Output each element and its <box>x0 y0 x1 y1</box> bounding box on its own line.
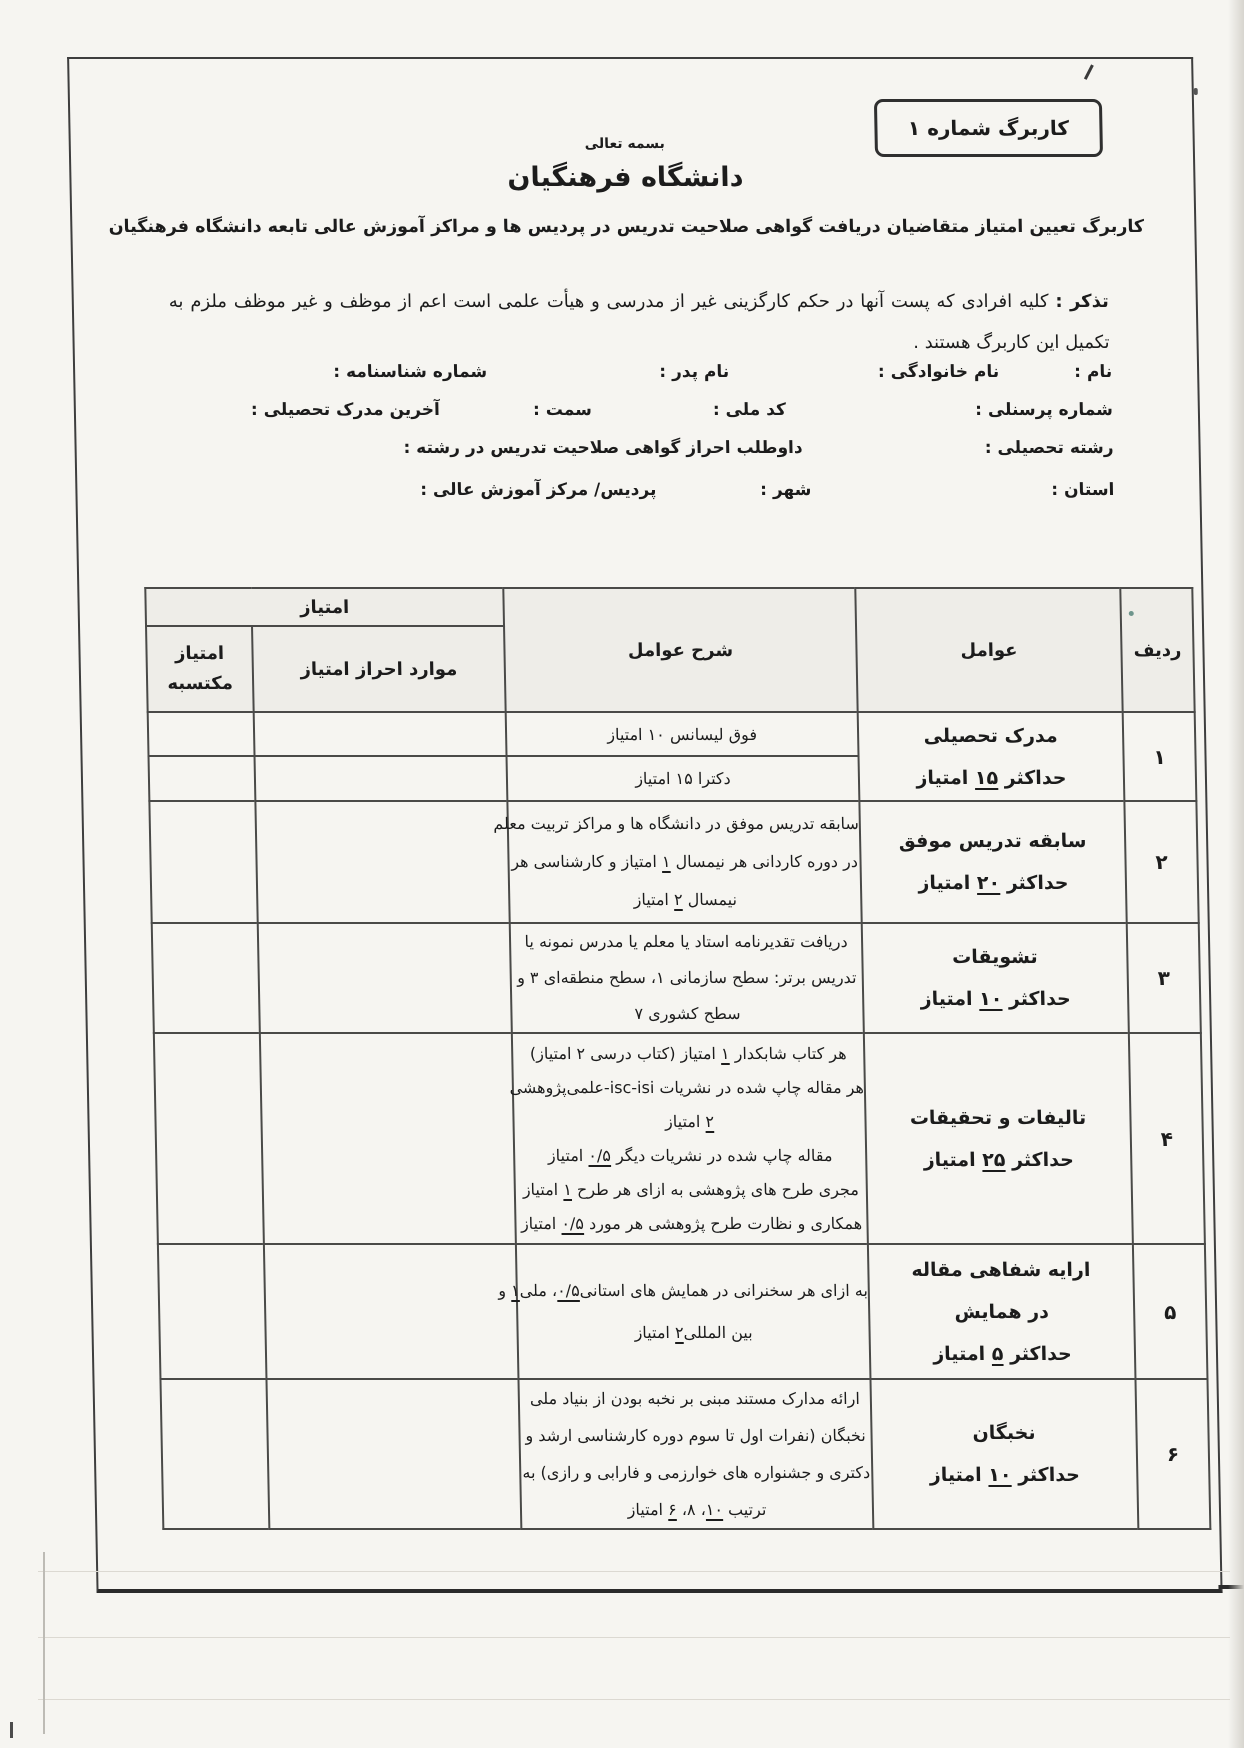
factor-cell: نخبگانحداکثر ۱۰ امتیاز <box>870 1379 1138 1529</box>
field-label: آخرین مدرک تحصیلی : <box>251 400 440 420</box>
row-number-cell: ۴ <box>1129 1033 1205 1244</box>
table-row: ۵ارایه شفاهی مقالهدر همایشحداکثر ۵ امتیا… <box>158 1244 1208 1379</box>
factor-description-cell: ارائه مدارک مستند مبنی بر نخبه بودن از ب… <box>518 1379 873 1529</box>
score-table: ردیف عوامل شرح عوامل امتیاز موارد احراز … <box>144 587 1211 1530</box>
earned-score-cell <box>160 1379 269 1529</box>
table-row: ۱مدرک تحصیلیحداکثر ۱۵ امتیازفوق لیسانس ۱… <box>148 712 1196 756</box>
earned-score-cell <box>158 1244 267 1379</box>
table-row: ۲سابقه تدریس موفقحداکثر ۲۰ امتیازسابقه ت… <box>149 801 1198 923</box>
field-label: رشته تحصیلی : <box>985 438 1114 458</box>
field-label: داوطلب احراز گواهی صلاحیت تدریس در رشته … <box>403 438 803 458</box>
earned-score-cell <box>149 756 256 801</box>
score-table-header: ردیف عوامل شرح عوامل امتیاز موارد احراز … <box>145 588 1194 712</box>
field-label: نام پدر : <box>659 362 729 382</box>
evidence-cell <box>266 1379 521 1529</box>
col-header-score-group: امتیاز <box>145 588 504 626</box>
earned-score-line1: امتیاز <box>147 639 252 669</box>
col-header-earned-score: امتیاز مکتسبه <box>146 626 254 712</box>
scan-sheet: کاربرگ شماره ۱ بسمه تعالی دانشگاه فرهنگی… <box>0 0 1244 1748</box>
field-label: پردیس/ مرکز آموزش عالی : <box>420 480 657 500</box>
scan-speck-icon <box>1194 88 1198 95</box>
university-title: دانشگاه فرهنگیان <box>3 162 1244 193</box>
evidence-cell <box>255 801 509 923</box>
scanned-form-page: کاربرگ شماره ۱ بسمه تعالی دانشگاه فرهنگی… <box>0 0 1244 1748</box>
factor-description-cell: فوق لیسانس ۱۰ امتیاز <box>506 712 859 756</box>
form-subtitle: کاربرگ تعیین امتیاز متقاضیان دریافت گواه… <box>4 217 1244 237</box>
note-label: تذکر : <box>1055 291 1109 312</box>
row-number-cell: ۳ <box>1127 923 1201 1033</box>
row-number-cell: ۱ <box>1123 712 1197 801</box>
evidence-cell <box>254 712 507 756</box>
note-paragraph: تذکر : کلیه افرادی که پست آنها در حکم کا… <box>168 281 1110 363</box>
earned-score-line2: مکتسبه <box>148 669 253 699</box>
field-label: نام خانوادگی : <box>878 362 1000 382</box>
factor-description-cell: هر کتاب شابکدار ۱ امتیاز (کتاب درسی ۲ ام… <box>512 1033 868 1244</box>
factor-cell: تشویقاتحداکثر ۱۰ امتیاز <box>862 923 1129 1033</box>
earned-score-cell <box>149 801 257 923</box>
factor-cell: ارایه شفاهی مقالهدر همایشحداکثر ۵ امتیاز <box>868 1244 1136 1379</box>
col-header-factors: عوامل <box>855 588 1122 712</box>
factor-cell: تالیفات و تحقیقاتحداکثر ۲۵ امتیاز <box>864 1033 1133 1244</box>
earned-score-cell <box>154 1033 264 1244</box>
evidence-cell <box>255 756 508 801</box>
bismillah-text: بسمه تعالی <box>3 136 1244 152</box>
row-number-cell: ۲ <box>1124 801 1198 923</box>
factor-description-cell: به ازای هر سخنرانی در همایش های استانی۰/… <box>516 1244 871 1379</box>
row-number-cell: ۵ <box>1133 1244 1208 1379</box>
table-row: ۴تالیفات و تحقیقاتحداکثر ۲۵ امتیازهر کتا… <box>154 1033 1205 1244</box>
scan-rule-line <box>38 1699 1230 1700</box>
evidence-cell <box>264 1244 519 1379</box>
col-header-factors-desc: شرح عوامل <box>503 588 857 712</box>
table-row: ۶نخبگانحداکثر ۱۰ امتیازارائه مدارک مستند… <box>160 1379 1210 1529</box>
field-label: سمت : <box>533 400 592 420</box>
header-row-group: ردیف عوامل شرح عوامل امتیاز <box>145 588 1193 626</box>
row-number-cell: ۶ <box>1135 1379 1210 1529</box>
scan-rule-line <box>38 1571 1230 1572</box>
evidence-cell <box>260 1033 516 1244</box>
table-row: ۳تشویقاتحداکثر ۱۰ امتیازدریافت تقدیرنامه… <box>152 923 1201 1033</box>
note-text: کلیه افرادی که پست آنها در حکم کارگزینی … <box>169 291 1110 353</box>
factor-description-cell: دریافت تقدیرنامه استاد یا معلم یا مدرس ن… <box>510 923 864 1033</box>
earned-score-cell <box>152 923 260 1033</box>
scan-left-edge-line <box>43 1552 45 1734</box>
factor-cell: مدرک تحصیلیحداکثر ۱۵ امتیاز <box>858 712 1125 801</box>
factor-description-cell: سابقه تدریس موفق در دانشگاه ها و مراکز ت… <box>507 801 861 923</box>
field-label: شهر : <box>760 480 812 500</box>
scan-dot-icon <box>1129 611 1134 616</box>
col-header-radif: ردیف <box>1120 588 1194 712</box>
scan-edge-shadow <box>1228 0 1244 1748</box>
field-label: نام : <box>1074 362 1112 382</box>
field-label: کد ملی : <box>713 400 786 420</box>
score-table-body: ۱مدرک تحصیلیحداکثر ۱۵ امتیازفوق لیسانس ۱… <box>148 712 1211 1529</box>
col-header-evidence: موارد احراز امتیاز <box>252 626 506 712</box>
factor-cell: سابقه تدریس موفقحداکثر ۲۰ امتیاز <box>859 801 1126 923</box>
evidence-cell <box>258 923 512 1033</box>
field-label: شماره شناسنامه : <box>333 362 487 382</box>
earned-score-cell <box>148 712 255 756</box>
field-label: استان : <box>1051 480 1114 500</box>
scan-corner-speck <box>10 1722 13 1738</box>
factor-description-cell: دکترا ۱۵ امتیاز <box>507 756 860 801</box>
scan-rule-line <box>38 1637 1230 1638</box>
field-label: شماره پرسنلی : <box>975 400 1113 420</box>
